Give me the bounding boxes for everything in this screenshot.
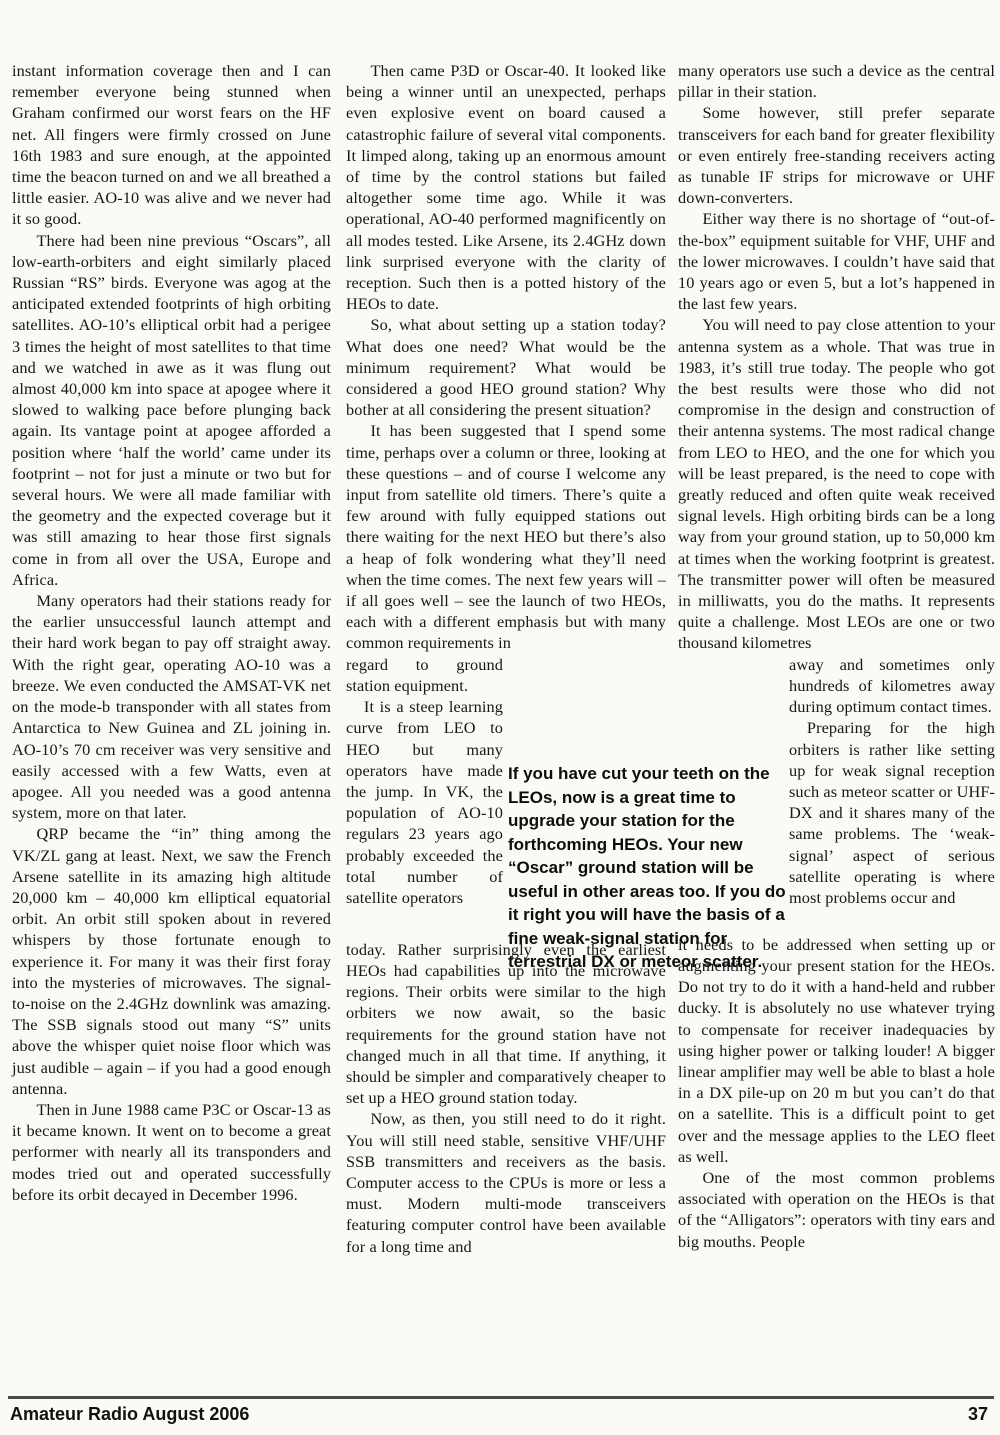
footer-rule (8, 1396, 994, 1399)
body-paragraph: Now, as then, you still need to do it ri… (346, 1108, 666, 1256)
body-paragraph: away and sometimes only hundreds of kilo… (789, 654, 995, 718)
body-paragraph: It is a steep learning curve from LEO to… (346, 696, 503, 908)
body-paragraph: instant information coverage then and I … (12, 60, 331, 230)
body-paragraph: Then in June 1988 came P3C or Oscar-13 a… (12, 1099, 331, 1205)
body-paragraph: regard to ground station equipment. (346, 654, 503, 696)
body-paragraph: It has been suggested that I spend some … (346, 420, 666, 653)
body-paragraph: You will need to pay close attention to … (678, 314, 995, 653)
body-paragraph: One of the most common problems associat… (678, 1167, 995, 1252)
body-paragraph: Then came P3D or Oscar-40. It looked lik… (346, 60, 666, 314)
body-paragraph: Either way there is no shortage of “out-… (678, 208, 995, 314)
body-paragraph: So, what about setting up a station toda… (346, 314, 666, 420)
column-3-narrow-segment: away and sometimes only hundreds of kilo… (789, 654, 995, 934)
body-paragraph: Preparing for the high orbiters is rathe… (789, 717, 995, 908)
body-paragraph: There had been nine previous “Oscars”, a… (12, 230, 331, 590)
pull-quote: If you have cut your teeth on the LEOs, … (508, 762, 789, 974)
column-2: Then came P3D or Oscar-40. It looked lik… (346, 60, 666, 1257)
column-3-top-segment: many operators use such a device as the … (678, 60, 995, 654)
footer-journal-title: Amateur Radio August 2006 (10, 1404, 249, 1425)
column-3-bottom-segment: it needs to be addressed when setting up… (678, 934, 995, 1252)
body-paragraph: Many operators had their stations ready … (12, 590, 331, 823)
column-2-top-segment: Then came P3D or Oscar-40. It looked lik… (346, 60, 666, 654)
magazine-page: instant information coverage then and I … (0, 0, 1000, 1435)
column-3: many operators use such a device as the … (678, 60, 995, 1252)
column-2-narrow-segment: regard to ground station equipment. It i… (346, 654, 503, 939)
footer-page-number: 37 (968, 1404, 988, 1425)
body-paragraph: Some however, still prefer separate tran… (678, 102, 995, 208)
body-paragraph: QRP became the “in” thing among the VK/Z… (12, 823, 331, 1099)
body-paragraph: many operators use such a device as the … (678, 60, 995, 102)
column-1: instant information coverage then and I … (12, 60, 331, 1205)
column-2-bottom-segment: today. Rather surprisingly even the earl… (346, 939, 666, 1257)
